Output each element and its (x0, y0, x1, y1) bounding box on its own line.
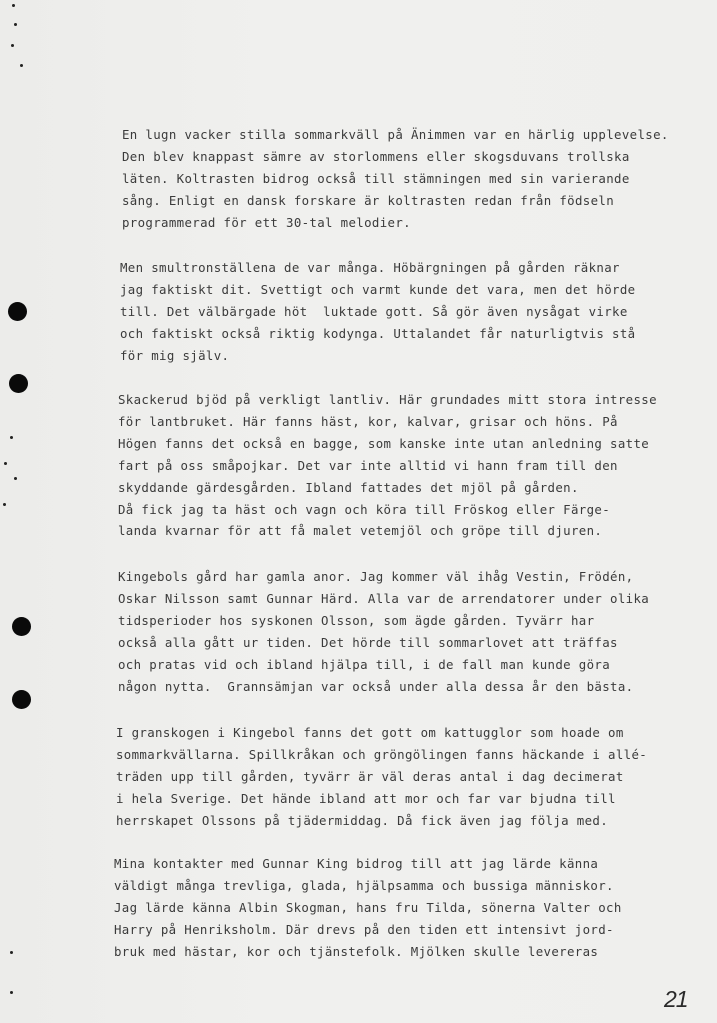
document-page: En lugn vacker stilla sommarkväll på Äni… (0, 0, 717, 1023)
scan-speck (10, 991, 13, 994)
paragraph: Men smultronställena de var många. Höbär… (120, 257, 635, 367)
text-line: landa kvarnar för att få malet vetemjöl … (118, 520, 657, 542)
text-line: tidsperioder hos syskonen Olsson, som äg… (118, 610, 649, 632)
text-line: skyddande gärdesgården. Ibland fattades … (118, 477, 657, 499)
text-line: bruk med hästar, kor och tjänstefolk. Mj… (114, 941, 622, 963)
text-line: herrskapet Olssons på tjädermiddag. Då f… (116, 810, 647, 832)
text-line: jag faktiskt dit. Svettigt och varmt kun… (120, 279, 635, 301)
text-line: Skackerud bjöd på verkligt lantliv. Här … (118, 389, 657, 411)
scan-speck (14, 23, 17, 26)
text-line: i hela Sverige. Det hände ibland att mor… (116, 788, 647, 810)
scan-speck (4, 462, 7, 465)
text-line: En lugn vacker stilla sommarkväll på Äni… (122, 124, 669, 146)
text-line: Oskar Nilsson samt Gunnar Härd. Alla var… (118, 588, 649, 610)
text-line: Kingebols gård har gamla anor. Jag komme… (118, 566, 649, 588)
text-line: sommarkvällarna. Spillkråkan och gröngöl… (116, 744, 647, 766)
punch-hole (9, 374, 28, 393)
scan-speck (11, 44, 14, 47)
text-line: och pratas vid och ibland hjälpa till, i… (118, 654, 649, 676)
page-number: 21 (664, 986, 688, 1013)
paragraph: Kingebols gård har gamla anor. Jag komme… (118, 566, 649, 697)
punch-hole (12, 617, 31, 636)
text-line: programmerad för ett 30-tal melodier. (122, 212, 669, 234)
text-line: Den blev knappast sämre av storlommens e… (122, 146, 669, 168)
scan-speck (10, 436, 13, 439)
text-line: också alla gått ur tiden. Det hörde till… (118, 632, 649, 654)
text-line: träden upp till gården, tyvärr är väl de… (116, 766, 647, 788)
scan-speck (3, 503, 6, 506)
text-line: Harry på Henriksholm. Där drevs på den t… (114, 919, 622, 941)
scan-speck (12, 4, 15, 7)
scan-speck (14, 477, 17, 480)
text-line: Jag lärde känna Albin Skogman, hans fru … (114, 897, 622, 919)
text-line: Högen fanns det också en bagge, som kans… (118, 433, 657, 455)
scan-speck (20, 64, 23, 67)
text-line: I granskogen i Kingebol fanns det gott o… (116, 722, 647, 744)
scan-speck (10, 951, 13, 954)
text-line: för lantbruket. Här fanns häst, kor, kal… (118, 411, 657, 433)
text-line: och faktiskt också riktig kodynga. Uttal… (120, 323, 635, 345)
text-line: Men smultronställena de var många. Höbär… (120, 257, 635, 279)
paragraph: Mina kontakter med Gunnar King bidrog ti… (114, 853, 622, 963)
punch-hole (8, 302, 27, 321)
paragraph: I granskogen i Kingebol fanns det gott o… (116, 722, 647, 832)
text-line: läten. Koltrasten bidrog också till stäm… (122, 168, 669, 190)
text-line: till. Det välbärgade höt luktade gott. S… (120, 301, 635, 323)
paragraph: En lugn vacker stilla sommarkväll på Äni… (122, 124, 669, 234)
text-line: Mina kontakter med Gunnar King bidrog ti… (114, 853, 622, 875)
text-line: fart på oss småpojkar. Det var inte allt… (118, 455, 657, 477)
text-line: någon nytta. Grannsämjan var också under… (118, 676, 649, 698)
paragraph: Skackerud bjöd på verkligt lantliv. Här … (118, 389, 657, 542)
text-line: Då fick jag ta häst och vagn och köra ti… (118, 499, 657, 521)
text-line: väldigt många trevliga, glada, hjälpsamm… (114, 875, 622, 897)
punch-hole (12, 690, 31, 709)
text-line: sång. Enligt en dansk forskare är koltra… (122, 190, 669, 212)
text-line: för mig själv. (120, 345, 635, 367)
